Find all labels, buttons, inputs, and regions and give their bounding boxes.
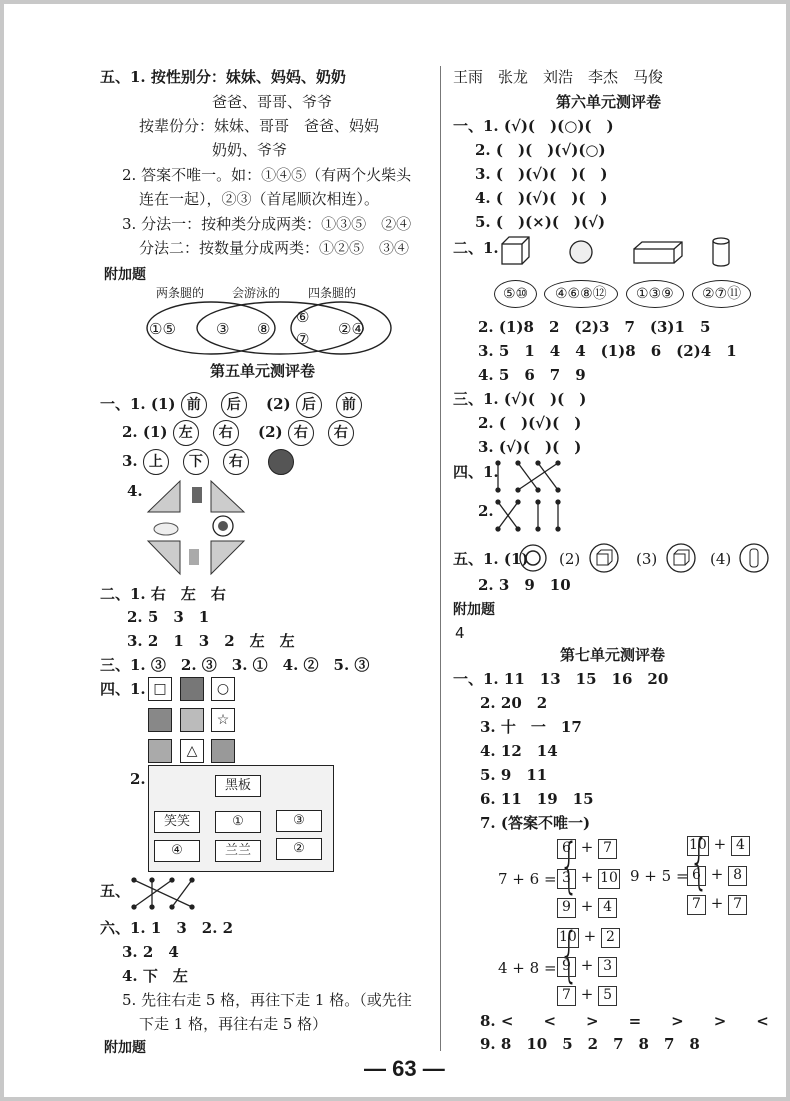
- u6-q3-2: 2. ( )(√)( ): [478, 414, 581, 432]
- s5-line3: 按辈份分：妹妹、哥哥 爸爸、妈妈: [139, 117, 379, 135]
- column-divider: [440, 66, 441, 1051]
- u6-q2-4: 4. 5 6 7 9: [478, 366, 586, 384]
- cylinder-icon: [713, 238, 729, 266]
- u6-q5-1-label-1: 五、1. (1): [453, 550, 529, 568]
- u7-q7: 7. (答案不唯一): [480, 814, 590, 832]
- seat-4: ④: [154, 840, 200, 862]
- cube-answer-icon: [589, 542, 621, 574]
- u5-q2-1: 二、1. 右 左 右: [100, 585, 226, 603]
- group-cuboid: ①③⑨: [626, 280, 684, 308]
- venn-region-c: ⑧: [257, 320, 270, 338]
- u6-q3-1: 三、1. (√)( )( ): [453, 390, 586, 408]
- u6-q1-4: 4. ( )(√)( )( ): [475, 189, 608, 207]
- s5-line2: 爸爸、哥哥、爷爷: [212, 93, 332, 111]
- seat-2: ①: [215, 811, 261, 833]
- u6-q1-2: 2. ( )( )(√)(○): [475, 141, 606, 159]
- unit7-title: 第七单元测评卷: [560, 646, 665, 664]
- u7-q2: 2. 20 2: [480, 694, 547, 712]
- u6-q4-1-label: 四、1.: [453, 463, 499, 481]
- u6-q2-3: 3. 5 1 4 4 (1)8 6 (2)4 1: [478, 342, 737, 360]
- s5-line5: 2. 答案不唯一。如：①④⑤（有两个火柴头: [122, 166, 411, 184]
- matching-lines-u6-1: [494, 459, 564, 495]
- sheep-icon: [154, 523, 178, 535]
- u5-q4-1-label: 四、1.: [100, 680, 146, 698]
- dragonfly-icon: [148, 739, 172, 763]
- u7-q5: 5. 9 11: [480, 766, 547, 784]
- eq2-lhs: 9 + 5 =: [630, 867, 689, 885]
- dark-object-icon: [268, 449, 294, 475]
- venn-region-a: ①⑤: [149, 320, 176, 338]
- u5-q2-3: 3. 2 1 3 2 左 左: [127, 632, 295, 650]
- u5-q1-1: 一、1. (1) 前后 (2) 后前: [100, 391, 376, 418]
- star-icon: ☆: [211, 708, 235, 732]
- eq3-row-1: 10 + 2: [557, 927, 620, 948]
- group-cylinder: ②⑦⑪: [692, 280, 751, 308]
- answer-page: 五、1. 按性别分：妹妹、妈妈、奶奶 爸爸、哥哥、爷爷 按辈份分：妹妹、哥哥 爸…: [4, 4, 786, 1097]
- seat-1: 笑笑: [154, 811, 200, 833]
- bonus-label-u6: 附加题: [453, 601, 495, 619]
- s5-line7: 3. 分法一：按种类分成两类：①③⑤ ②④: [122, 215, 411, 233]
- page-number: — 63 —: [364, 1056, 445, 1082]
- bonus-label-1: 附加题: [104, 266, 146, 284]
- matching-lines-u6-2: [494, 498, 564, 534]
- position-diagram: [144, 479, 254, 579]
- u6-q4-2-label: 2.: [478, 502, 494, 520]
- cube-answer-icon-2: [666, 542, 698, 574]
- s5-line1: 五、1. 按性别分：妹妹、妈妈、奶奶: [100, 68, 346, 86]
- square-icon: □: [148, 677, 172, 701]
- u6-q5-1-label-2: (2): [559, 550, 580, 568]
- fish-icon: [180, 677, 204, 701]
- u5-q2-2: 2. 5 3 1: [127, 608, 209, 626]
- circle-icon: ○: [211, 677, 235, 701]
- bonus-label-u5: 附加题: [104, 1039, 146, 1057]
- u5-q5-label: 五、: [100, 882, 130, 900]
- cuboid-icon: [634, 242, 682, 263]
- u5-q6-4: 4. 下 左: [122, 967, 188, 985]
- matching-lines-u5: [128, 876, 208, 912]
- rabbit-icon: [189, 549, 199, 565]
- u6-q5-1-label-3: (3): [636, 550, 657, 568]
- u7-q4: 4. 12 14: [480, 742, 558, 760]
- solid-shapes: [499, 235, 769, 271]
- eq2-row-2: 6 + 8: [687, 865, 747, 886]
- u6-q2-1-label: 二、1.: [453, 239, 499, 257]
- cat-icon: [192, 487, 202, 503]
- group-cube: ⑤⑩: [494, 280, 537, 308]
- u5-q4-2-label: 2.: [130, 770, 146, 788]
- u6-q1-5: 5. ( )(×)( )(√): [475, 213, 605, 231]
- u5-q1-3: 3. 上下右: [122, 448, 308, 475]
- venn-region-b: ③: [216, 320, 229, 338]
- u7-q1: 一、1. 11 13 15 16 20: [453, 670, 668, 688]
- venn-region-e: ⑦: [296, 330, 309, 348]
- eq3-row-3: 7 + 5: [557, 985, 617, 1006]
- venn-region-d: ⑥: [296, 308, 309, 326]
- unit6-title: 第六单元测评卷: [556, 93, 661, 111]
- u6-q1-3: 3. ( )(√)( )( ): [475, 165, 608, 183]
- u7-q6: 6. 11 19 15: [480, 790, 594, 808]
- circle-answer-1: [519, 542, 549, 574]
- eq1-row-1: 6 + 7: [557, 838, 617, 859]
- seat-3: ③: [276, 810, 322, 832]
- s5-line8: 分法二：按数量分成两类：①②⑤ ③④: [139, 239, 409, 257]
- s5-line4: 奶奶、爷爷: [212, 141, 287, 159]
- butterfly-icon: [148, 708, 172, 732]
- eq3-lhs: 4 + 8 =: [498, 959, 557, 977]
- sphere-icon: [570, 241, 592, 263]
- u5-q1-4-label: 4.: [127, 482, 143, 500]
- u6-q1-1: 一、1. (√)( )(○)( ): [453, 117, 614, 135]
- u6-q5-1-label-4: (4): [710, 550, 731, 568]
- u7-q3: 3. 十 一 17: [480, 718, 582, 736]
- s5-line6: 连在一起），②③（首尾顺次相连）。: [139, 190, 379, 208]
- u6-q5-2: 2. 3 9 10: [478, 576, 571, 594]
- u5-q6-5b: 下走 1 格，再往右走 5 格）: [139, 1015, 327, 1033]
- u6-q3-3: 3. (√)( )( ): [478, 438, 581, 456]
- venn-region-f: ②④: [338, 320, 365, 338]
- seat-5: 兰兰: [215, 840, 261, 862]
- eq2-row-1: 10 + 4: [687, 835, 750, 856]
- lion-icon: [218, 521, 228, 531]
- bird-icon: [211, 739, 235, 763]
- seat-6: ②: [276, 838, 322, 860]
- names-line: 王雨 张龙 刘浩 李杰 马俊: [453, 68, 663, 86]
- cube-icon: [502, 237, 529, 264]
- blackboard: 黑板: [215, 775, 261, 797]
- unit5-title: 第五单元测评卷: [210, 362, 315, 380]
- frog-icon: [180, 708, 204, 732]
- eq1-row-2: 3 + 10: [557, 868, 620, 889]
- u5-q6-5a: 5. 先往右走 5 格，再往下走 1 格。（或先往: [122, 991, 412, 1009]
- u7-q9: 9. 8 10 5 2 7 8 7 8: [480, 1035, 700, 1053]
- bonus-answer-u6: 4: [455, 624, 465, 642]
- cylinder-answer-icon: [739, 542, 771, 574]
- u5-q3: 三、1. ③ 2. ③ 3. ① 4. ② 5. ③: [100, 656, 369, 674]
- u7-q8: 8. < < > = > > < >: [480, 1012, 790, 1030]
- u6-q2-2: 2. (1)8 2 (2)3 7 (3)1 5: [478, 318, 710, 336]
- eq2-row-3: 7 + 7: [687, 894, 747, 915]
- group-sphere: ④⑥⑧⑫: [544, 280, 618, 308]
- eq3-row-2: 9 + 3: [557, 956, 617, 977]
- triangle-icon: △: [180, 739, 204, 763]
- u5-q6-3: 3. 2 4: [122, 943, 179, 961]
- u5-q6-1: 六、1. 1 3 2. 2: [100, 919, 233, 937]
- eq1-lhs: 7 + 6 =: [498, 870, 557, 888]
- u5-q1-2: 2. (1) 左右 (2) 右右: [122, 419, 368, 446]
- eq1-row-3: 9 + 4: [557, 897, 617, 918]
